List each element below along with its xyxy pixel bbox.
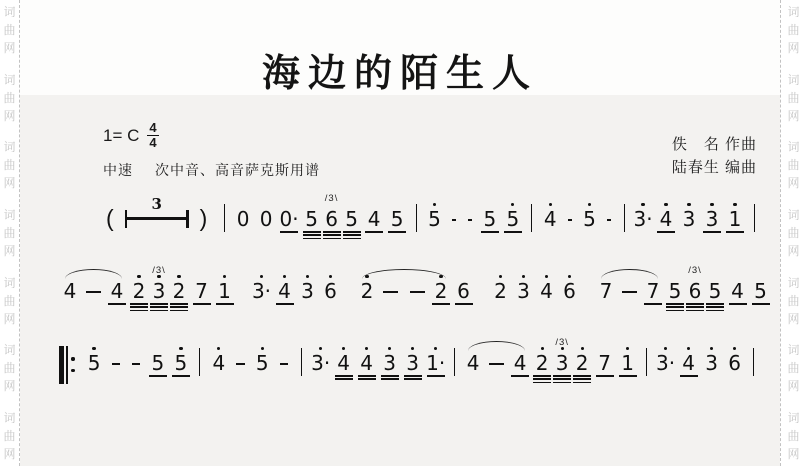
note-digit: 5 [669, 280, 682, 302]
watermark-text: 网 [3, 448, 15, 460]
underline-zone [130, 302, 148, 313]
watermark-text: 曲 [3, 92, 15, 104]
watermark-group: 词曲网 [787, 6, 799, 54]
note-digit: 4 [540, 280, 553, 302]
note-digit: 5 [175, 352, 188, 374]
octave-dot [306, 275, 309, 278]
note-digit: 6 [457, 280, 470, 302]
underline [666, 310, 684, 312]
watermark-text: 网 [3, 380, 15, 392]
note-digit: 3 [517, 280, 530, 302]
note: 6 [322, 274, 340, 313]
underline-zone [553, 374, 571, 385]
watermark-text: 词 [787, 141, 799, 153]
underline-zone [752, 302, 770, 313]
octave-dot [568, 275, 571, 278]
note: 1 [216, 274, 234, 313]
underline [511, 375, 529, 377]
underline-zone [686, 302, 704, 313]
underline-zone [515, 302, 533, 313]
note-digit: 1 [621, 352, 634, 374]
underline [680, 375, 698, 377]
octave-dot [260, 275, 263, 278]
watermark-text: 词 [787, 74, 799, 86]
underline-zone [299, 302, 317, 313]
watermark-text: 词 [3, 141, 15, 153]
underline [455, 303, 473, 305]
octave-dot [177, 275, 180, 278]
underline-zone [280, 230, 298, 241]
barline [301, 348, 302, 376]
watermark-text: 曲 [787, 430, 799, 442]
triplet-group: /3\232 [532, 346, 592, 385]
underline [706, 310, 724, 312]
note-digit: 5 [345, 208, 358, 230]
underline [573, 378, 591, 380]
note: 6 [455, 274, 473, 313]
octave-dot [261, 347, 264, 350]
note: 3· [253, 274, 271, 313]
note: 6 [323, 202, 341, 241]
octave-dot [223, 275, 226, 278]
watermark-text: 词 [787, 209, 799, 221]
underline [657, 231, 675, 233]
duration-dash [452, 219, 456, 221]
note-digit: 5 [754, 280, 767, 302]
close-paren: ) [195, 207, 213, 230]
watermark-group: 词曲网 [0, 141, 19, 189]
note: 4 [61, 274, 79, 313]
underline [553, 378, 571, 380]
barline [454, 348, 455, 376]
note: 3 [515, 274, 533, 313]
tie-group: 44 [60, 274, 127, 313]
score-line: 555453·44331·44/3\232713·436 [39, 346, 761, 385]
repeat-dot [71, 369, 74, 372]
octave-dot [217, 347, 220, 350]
note-digit: 3· [252, 280, 271, 302]
octave-dot [433, 203, 436, 206]
note: 5 [388, 202, 406, 241]
underline [170, 303, 188, 305]
underline-zone [253, 302, 271, 313]
underline [666, 306, 684, 308]
note-digit: 4 [544, 208, 557, 230]
underline-zone [538, 302, 556, 313]
underline-zone [619, 374, 637, 385]
underline-zone [358, 302, 376, 313]
note: 0· [280, 202, 298, 241]
underline [427, 375, 445, 377]
note-digit: 5 [256, 352, 269, 374]
meta-row: 1= C 4 4 中速次中音、高音萨克斯用谱 佚 名 作曲 陆春生 编曲 [39, 121, 761, 180]
note: 5 [706, 274, 724, 313]
watermark-text: 网 [787, 245, 799, 257]
octave-dot [626, 347, 629, 350]
composer-credit: 佚 名 作曲 [672, 133, 757, 156]
underline-zone [573, 374, 591, 385]
underline [303, 234, 321, 236]
note: 3· [657, 346, 675, 385]
tempo-line: 中速次中音、高音萨克斯用谱 [103, 160, 320, 180]
watermark-text: 曲 [3, 362, 15, 374]
note: 2 [432, 274, 450, 313]
watermark-text: 词 [3, 6, 15, 18]
instrumentation-label: 次中音、高音萨克斯用谱 [155, 162, 320, 178]
underline-zone [492, 302, 510, 313]
note-digit: 6 [728, 352, 741, 374]
note: 3 [404, 346, 422, 385]
underline [172, 375, 190, 377]
underline [752, 303, 770, 305]
note-digit: 2 [361, 280, 374, 302]
underline-zone [358, 374, 376, 385]
repeat-open-sign [59, 346, 75, 384]
note: 2 [533, 346, 551, 385]
octave-dot [687, 203, 690, 206]
octave-dot [733, 203, 736, 206]
underline-zone [726, 230, 744, 241]
octave-dot [581, 347, 584, 350]
score-content: 海边的陌生人 1= C 4 4 中速次中音、高音萨克斯用谱 佚 名 作曲 陆春生… [21, 0, 779, 466]
note: 1· [427, 346, 445, 385]
octave-dot [434, 347, 437, 350]
watermark-text: 曲 [787, 92, 799, 104]
underline [726, 231, 744, 233]
note-digit: 2 [173, 280, 186, 302]
note-digit: 7 [647, 280, 660, 302]
watermark-text: 词 [3, 74, 15, 86]
note: 5 [149, 346, 167, 385]
underline [388, 231, 406, 233]
underline [335, 375, 353, 377]
note: 2 [170, 274, 188, 313]
note: 3 [680, 202, 698, 241]
note-digit: 2 [133, 280, 146, 302]
underline [533, 382, 551, 384]
note-digit: 3 [705, 352, 718, 374]
score-line: (3)000·/3\56545555453·4331 [39, 202, 761, 241]
note-digit: 2 [576, 352, 589, 374]
note: 3· [634, 202, 652, 241]
note: 4 [464, 346, 482, 385]
note-digit: 5 [428, 208, 441, 230]
underline [404, 378, 422, 380]
note: 3 [703, 202, 721, 241]
underline [130, 310, 148, 312]
watermark-text: 词 [787, 412, 799, 424]
note-digit: 4 [731, 280, 744, 302]
underline-zone [504, 230, 522, 241]
underline [323, 234, 341, 236]
note: 5 [303, 202, 321, 241]
underline [381, 378, 399, 380]
underline [573, 375, 591, 377]
duration-dash [132, 363, 140, 365]
note-digit: 3 [706, 208, 719, 230]
underline-zone [253, 374, 271, 385]
underline-zone [404, 374, 422, 385]
underline [619, 375, 637, 377]
watermark-text: 词 [3, 344, 15, 356]
underline [323, 238, 341, 240]
note-digit: 4 [337, 352, 350, 374]
time-numerator: 4 [147, 121, 158, 136]
underline-zone [680, 374, 698, 385]
note-digit: 3· [656, 352, 675, 374]
underline [358, 378, 376, 380]
octave-dot [664, 203, 667, 206]
note-digit: 4 [64, 280, 77, 302]
watermark-group: 词曲网 [787, 141, 799, 189]
underline-zone [726, 374, 744, 385]
underline [553, 375, 571, 377]
note: 4 [210, 346, 228, 385]
underline [703, 231, 721, 233]
underline [303, 238, 321, 240]
duration-dash [568, 219, 572, 221]
watermark-text: 曲 [3, 24, 15, 36]
note: 5 [666, 274, 684, 313]
underline-zone [597, 302, 615, 313]
duration-dash [607, 219, 611, 221]
underline [108, 303, 126, 305]
note: 0 [234, 202, 252, 241]
note-digit: 4 [467, 352, 480, 374]
note: 3· [312, 346, 330, 385]
note-digit: 5 [88, 352, 101, 374]
note: 4 [541, 202, 559, 241]
octave-dot [733, 347, 736, 350]
underline-zone [703, 374, 721, 385]
open-paren: ( [101, 207, 119, 230]
note: 4 [729, 274, 747, 313]
underline [706, 303, 724, 305]
underline-zone [365, 230, 383, 241]
underline [150, 306, 168, 308]
note: 5 [253, 346, 271, 385]
octave-dot [342, 347, 345, 350]
note-digit: 3· [634, 208, 653, 230]
note-digit: 3 [683, 208, 696, 230]
watermark-group: 词曲网 [787, 344, 799, 392]
underline [170, 310, 188, 312]
underline-zone [481, 230, 499, 241]
note: 5 [504, 202, 522, 241]
watermark-text: 网 [3, 313, 15, 325]
watermark-group: 词曲网 [0, 277, 19, 325]
triplet-group: /3\232 [129, 274, 189, 313]
note-digit: 5 [483, 208, 496, 230]
note-digit: 6 [324, 280, 337, 302]
underline [365, 231, 383, 233]
tie-arc [362, 269, 446, 279]
note-digit: 4 [682, 352, 695, 374]
underline-zone [533, 374, 551, 385]
underline-zone [172, 374, 190, 385]
underline [666, 303, 684, 305]
watermark-text: 曲 [3, 430, 15, 442]
underline-zone [580, 230, 598, 241]
underline-zone [432, 302, 450, 313]
underline-zone [210, 374, 228, 385]
underline-zone [455, 302, 473, 313]
arranger-credit: 陆春生 编曲 [672, 156, 757, 179]
note: 4 [276, 274, 294, 313]
note-digit: 7 [600, 280, 613, 302]
tie-group: 22 [357, 274, 451, 313]
underline-zone [666, 302, 684, 313]
key-tempo-block: 1= C 4 4 中速次中音、高音萨克斯用谱 [103, 121, 320, 180]
watermark-text: 曲 [787, 295, 799, 307]
duration-dash [489, 363, 504, 365]
watermark-text: 网 [3, 110, 15, 122]
note-digit: 7 [598, 352, 611, 374]
octave-dot [411, 347, 414, 350]
underline [276, 303, 294, 305]
tie-arc [65, 269, 122, 279]
underline-zone [323, 230, 341, 241]
note-digit: 0 [260, 208, 273, 230]
underline [504, 231, 522, 233]
note: 3 [553, 346, 571, 385]
octave-dot [137, 275, 140, 278]
underline [686, 306, 704, 308]
note: 3 [150, 274, 168, 313]
underline-zone [61, 302, 79, 313]
underline-zone [596, 374, 614, 385]
underline [706, 306, 724, 308]
duration-dash [622, 291, 637, 293]
underline-zone [703, 230, 721, 241]
underline-zone [426, 230, 444, 241]
watermark-text: 词 [787, 6, 799, 18]
time-signature: 4 4 [147, 121, 158, 151]
octave-dot [545, 275, 548, 278]
octave-dot [664, 347, 667, 350]
underline [150, 310, 168, 312]
watermark-column-right: 词曲网词曲网词曲网词曲网词曲网词曲网词曲网 [780, 0, 806, 466]
note-digit: 3 [556, 352, 569, 374]
note-digit: 5 [391, 208, 404, 230]
note: 4 [365, 202, 383, 241]
song-title: 海边的陌生人 [39, 42, 761, 97]
note-digit: 0· [280, 208, 299, 230]
note: 2 [130, 274, 148, 313]
multimeasure-rest: (3) [101, 202, 212, 230]
underline-zone [312, 374, 330, 385]
duration-dash [112, 363, 120, 365]
underline-zone [680, 230, 698, 241]
note: 4 [335, 346, 353, 385]
tempo-label: 中速 [103, 162, 133, 178]
triplet-group: /3\565 [302, 202, 362, 241]
underline-zone [257, 230, 275, 241]
underline-zone [657, 374, 675, 385]
underline [303, 231, 321, 233]
underline [533, 375, 551, 377]
watermark-text: 网 [3, 245, 15, 257]
watermark-text: 网 [787, 448, 799, 460]
key-label: 1= C [103, 126, 139, 146]
tie-arc [601, 269, 658, 279]
note: 5 [426, 202, 444, 241]
underline-zone [343, 230, 361, 241]
watermark-group: 词曲网 [787, 277, 799, 325]
rest-bar: 3 [125, 210, 189, 228]
triplet-mark: /3\ [688, 265, 702, 276]
underline-zone [427, 374, 445, 385]
octave-dot [92, 347, 95, 350]
underline [533, 378, 551, 380]
octave-dot [522, 275, 525, 278]
watermark-text: 词 [3, 209, 15, 221]
tie-group: 44 [463, 346, 530, 385]
watermark-text: 词 [787, 344, 799, 356]
watermark-group: 词曲网 [0, 209, 19, 257]
underline [404, 375, 422, 377]
watermark-group: 词曲网 [787, 209, 799, 257]
tie-arc [468, 341, 525, 351]
note: 5 [481, 202, 499, 241]
octave-dot [710, 347, 713, 350]
note: 2 [573, 346, 591, 385]
underline [481, 231, 499, 233]
note: 5 [85, 346, 103, 385]
note-digit: 7 [195, 280, 208, 302]
underline [644, 303, 662, 305]
note-digit: 2 [536, 352, 549, 374]
note: 4 [511, 346, 529, 385]
underline [280, 231, 298, 233]
note-digit: 5 [583, 208, 596, 230]
repeat-thin-bar [66, 346, 68, 384]
underline [193, 303, 211, 305]
note-digit: 1· [426, 352, 445, 374]
underline [335, 378, 353, 380]
note: 7 [596, 346, 614, 385]
octave-dot [329, 275, 332, 278]
underline [553, 382, 571, 384]
watermark-group: 词曲网 [787, 74, 799, 122]
octave-dot [388, 347, 391, 350]
underline-zone [276, 302, 294, 313]
note-digit: 3 [383, 352, 396, 374]
underline [150, 303, 168, 305]
note-digit: 4 [213, 352, 226, 374]
barline [753, 348, 754, 376]
watermark-group: 词曲网 [0, 412, 19, 460]
underline-zone [193, 302, 211, 313]
underline [729, 303, 747, 305]
note: 5 [752, 274, 770, 313]
note-digit: 4 [278, 280, 291, 302]
sheet-music-page: 词曲网词曲网词曲网词曲网词曲网词曲网词曲网 词曲网词曲网词曲网词曲网词曲网词曲网… [0, 0, 806, 466]
note-digit: 3· [311, 352, 330, 374]
note-digit: 2 [435, 280, 448, 302]
note: 4 [358, 346, 376, 385]
note: 4 [680, 346, 698, 385]
barline [646, 348, 647, 376]
octave-dot [549, 203, 552, 206]
note: 1 [619, 346, 637, 385]
note-digit: 1 [218, 280, 231, 302]
watermark-text: 网 [787, 42, 799, 54]
note-digit: 2 [494, 280, 507, 302]
duration-dash [236, 363, 244, 365]
watermark-text: 词 [3, 412, 15, 424]
duration-dash [86, 291, 101, 293]
